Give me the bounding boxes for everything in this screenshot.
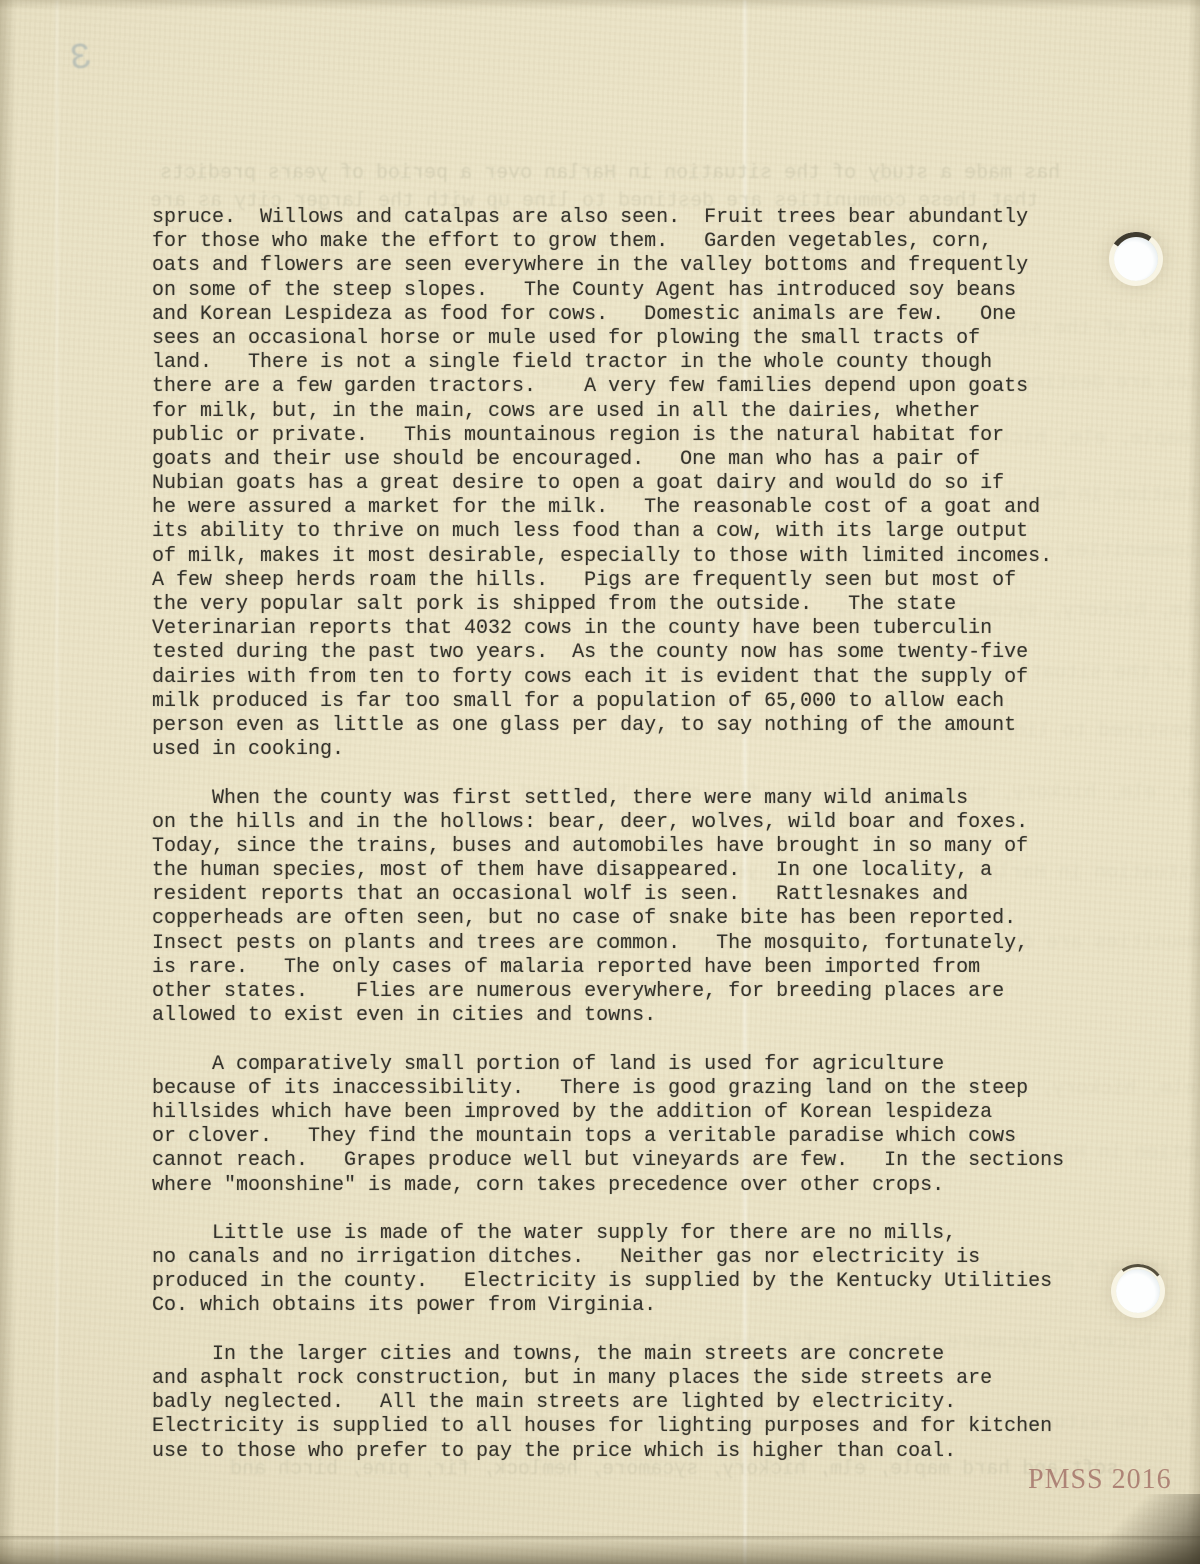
archive-watermark: PMSS 2016 xyxy=(1028,1464,1172,1496)
paragraph: spruce. Willows and catalpas are also se… xyxy=(152,206,1092,762)
typed-line: When the county was first settled, there… xyxy=(152,787,1092,811)
typed-line: Today, since the trains, buses and autom… xyxy=(152,835,1092,859)
typed-line: on some of the steep slopes. The County … xyxy=(152,279,1092,303)
typed-line: sees an occasional horse or mule used fo… xyxy=(152,327,1092,351)
typed-line: allowed to exist even in cities and town… xyxy=(152,1004,1092,1028)
typed-line: and Korean Lespideza as food for cows. D… xyxy=(152,303,1092,327)
typed-line: public or private. This mountainous regi… xyxy=(152,424,1092,448)
typed-text-block: spruce. Willows and catalpas are also se… xyxy=(152,206,1092,1488)
typed-line: Nubian goats has a great desire to open … xyxy=(152,472,1092,496)
typed-line: its ability to thrive on much less food … xyxy=(152,520,1092,544)
typed-line: spruce. Willows and catalpas are also se… xyxy=(152,206,1092,230)
paragraph: In the larger cities and towns, the main… xyxy=(152,1343,1092,1464)
typed-line: there are a few garden tractors. A very … xyxy=(152,375,1092,399)
typed-line: the human species, most of them have dis… xyxy=(152,859,1092,883)
typed-line: land. There is not a single field tracto… xyxy=(152,351,1092,375)
paper-edge-top xyxy=(0,0,1200,10)
typed-line: dairies with from ten to forty cows each… xyxy=(152,666,1092,690)
paper-edge-right xyxy=(1188,0,1200,1564)
typed-line: oats and flowers are seen everywhere in … xyxy=(152,254,1092,278)
typed-line: A comparatively small portion of land is… xyxy=(152,1053,1092,1077)
ghost-bleed-line: has made a study of the situation in Har… xyxy=(160,162,1060,186)
paragraph: When the county was first settled, there… xyxy=(152,787,1092,1029)
typed-line: of milk, makes it most desirable, especi… xyxy=(152,545,1092,569)
typed-line: Veterinarian reports that 4032 cows in t… xyxy=(152,617,1092,641)
typed-line: A few sheep herds roam the hills. Pigs a… xyxy=(152,569,1092,593)
typed-line: other states. Flies are numerous everywh… xyxy=(152,980,1092,1004)
punch-hole-top xyxy=(1114,237,1158,281)
typed-line: Insect pests on plants and trees are com… xyxy=(152,932,1092,956)
left-fold-line xyxy=(54,0,60,1564)
typed-line: Electricity is supplied to all houses fo… xyxy=(152,1415,1092,1439)
typed-line: milk produced is far too small for a pop… xyxy=(152,690,1092,714)
paragraph: Little use is made of the water supply f… xyxy=(152,1222,1092,1319)
typed-line: hillsides which have been improved by th… xyxy=(152,1101,1092,1125)
typed-line: In the larger cities and towns, the main… xyxy=(152,1343,1092,1367)
typed-line: on the hills and in the hollows: bear, d… xyxy=(152,811,1092,835)
typed-line: the very popular salt pork is shipped fr… xyxy=(152,593,1092,617)
typed-line: no canals and no irrigation ditches. Nei… xyxy=(152,1246,1092,1270)
typed-line: produced in the county. Electricity is s… xyxy=(152,1270,1092,1294)
typed-line: Little use is made of the water supply f… xyxy=(152,1222,1092,1246)
typed-line: or clover. They find the mountain tops a… xyxy=(152,1125,1092,1149)
typed-line: Co. which obtains its power from Virgini… xyxy=(152,1294,1092,1318)
page-number-ghost: 3 xyxy=(67,37,94,81)
typed-line: copperheads are often seen, but no case … xyxy=(152,907,1092,931)
corner-shadow xyxy=(1080,1494,1200,1564)
paragraph: A comparatively small portion of land is… xyxy=(152,1053,1092,1198)
punch-hole-bottom xyxy=(1116,1269,1160,1313)
typed-line: person even as little as one glass per d… xyxy=(152,714,1092,738)
paper-edge-bottom xyxy=(0,1534,1200,1564)
typed-line: for those who make the effort to grow th… xyxy=(152,230,1092,254)
typed-line: for milk, but, in the main, cows are use… xyxy=(152,400,1092,424)
typed-line: use to those who prefer to pay the price… xyxy=(152,1440,1092,1464)
typed-line: used in cooking. xyxy=(152,738,1092,762)
typed-line: cannot reach. Grapes produce well but vi… xyxy=(152,1149,1092,1173)
typed-line: badly neglected. All the main streets ar… xyxy=(152,1391,1092,1415)
typed-line: he were assured a market for the milk. T… xyxy=(152,496,1092,520)
paper-edge-left xyxy=(0,0,16,1564)
scanned-document-page: 3 has made a study of the situation in H… xyxy=(0,0,1200,1564)
typed-line: tested during the past two years. As the… xyxy=(152,641,1092,665)
typed-line: goats and their use should be encouraged… xyxy=(152,448,1092,472)
typed-line: because of its inaccessibility. There is… xyxy=(152,1077,1092,1101)
typed-line: is rare. The only cases of malaria repor… xyxy=(152,956,1092,980)
typed-line: where "moonshine" is made, corn takes pr… xyxy=(152,1174,1092,1198)
typed-line: resident reports that an occasional wolf… xyxy=(152,883,1092,907)
scanned-page-body: { "document": { "page_number_ghost": "3"… xyxy=(0,0,1200,1564)
typed-line: and asphalt rock construction, but in ma… xyxy=(152,1367,1092,1391)
